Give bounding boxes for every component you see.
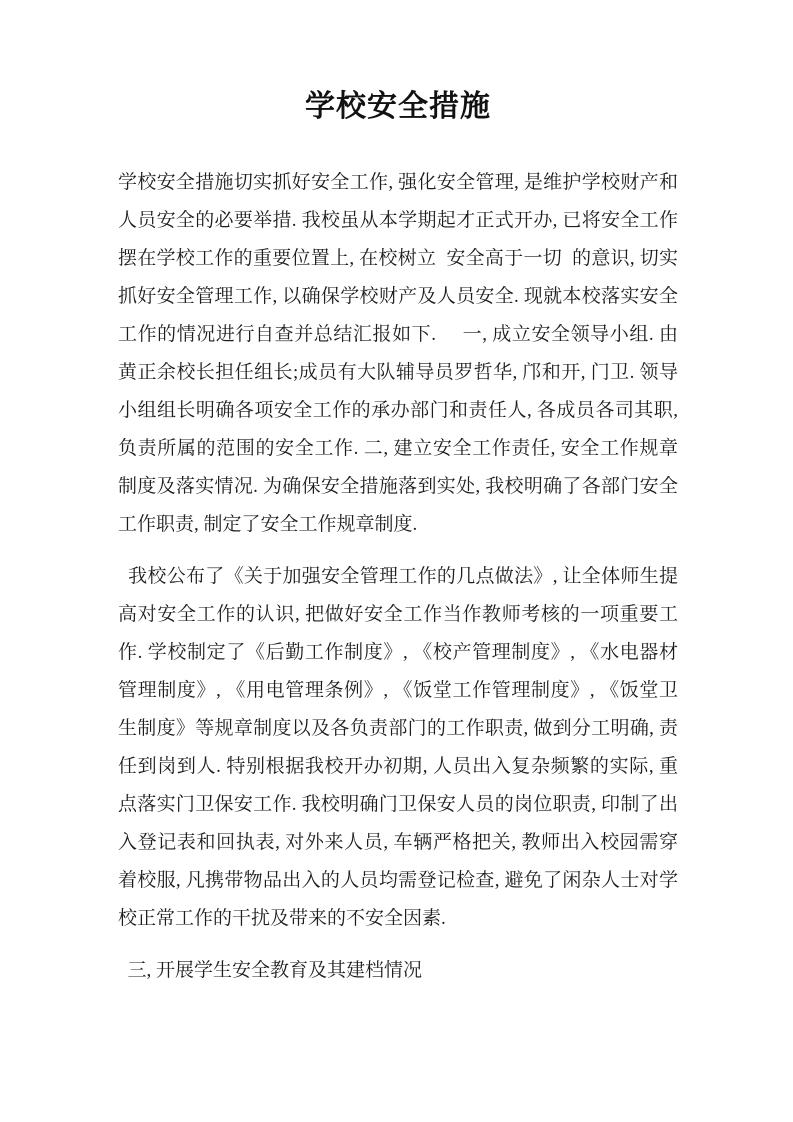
paragraph-section-three-heading: 三, 开展学生安全教育及其建档情况 — [118, 952, 678, 990]
document-title: 学校安全措施 — [118, 86, 678, 128]
document-content: 学校安全措施 学校安全措施切实抓好安全工作, 强化安全管理, 是维护学校财产和人… — [0, 0, 793, 990]
document-page: 学校安全措施 学校安全措施切实抓好安全工作, 强化安全管理, 是维护学校财产和人… — [0, 0, 793, 1122]
paragraph-rules-and-gate-security: 我校公布了《关于加强安全管理工作的几点做法》, 让全体师生提高对安全工作的认识,… — [118, 558, 678, 938]
paragraph-self-check-overview: 学校安全措施切实抓好安全工作, 强化安全管理, 是维护学校财产和人员安全的必要举… — [118, 164, 678, 544]
